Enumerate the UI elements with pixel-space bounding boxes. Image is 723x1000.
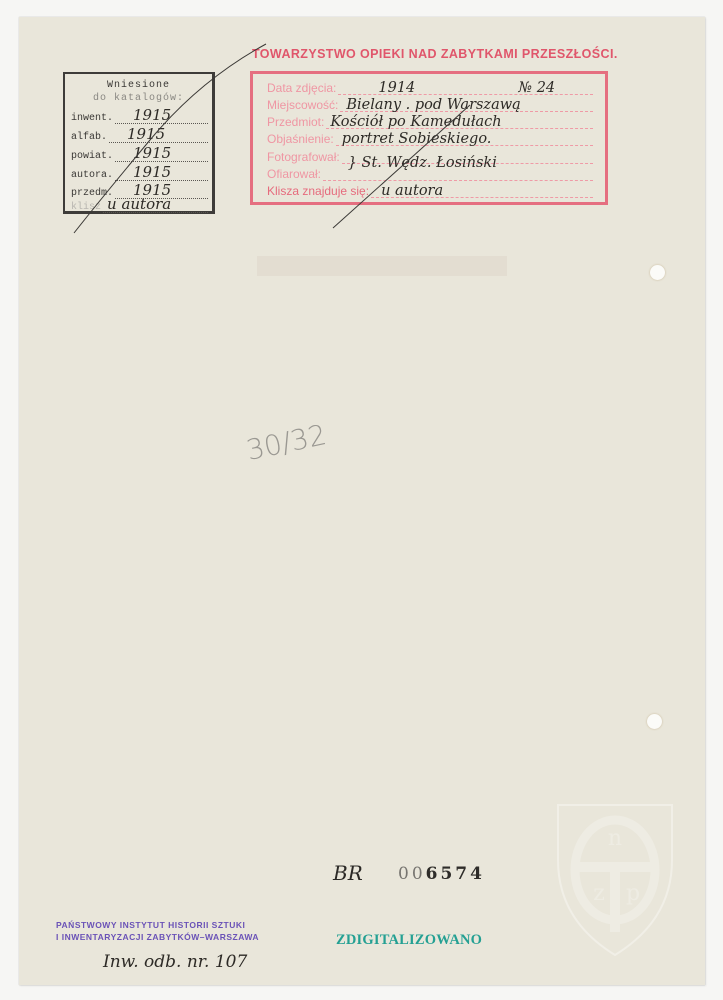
punch-hole-lower xyxy=(647,714,662,729)
watermark-emblem-icon: n z p xyxy=(555,800,675,960)
svg-text:z: z xyxy=(593,881,605,906)
inventory-note: Inw. odb. nr. 107 xyxy=(103,952,247,972)
institute-stamp: PAŃSTWOWY INSTYTUT HISTORII SZTUKI I INW… xyxy=(56,919,259,943)
digitized-stamp: ZDIGITALIZOWANO xyxy=(336,932,482,949)
pencil-strike-lines xyxy=(0,0,723,260)
punch-hole-upper xyxy=(650,265,665,280)
inventory-number-main: 6574 xyxy=(426,864,485,884)
institute-line-1: PAŃSTWOWY INSTYTUT HISTORII SZTUKI xyxy=(56,919,259,931)
svg-text:p: p xyxy=(626,881,640,906)
br-mark: BR xyxy=(333,861,363,885)
institute-line-2: I INWENTARYZACJI ZABYTKÓW–WARSZAWA xyxy=(56,931,259,943)
inventory-number-prefix: 00 xyxy=(398,864,426,884)
svg-text:n: n xyxy=(608,826,622,851)
inventory-number: 006574 xyxy=(398,864,485,884)
